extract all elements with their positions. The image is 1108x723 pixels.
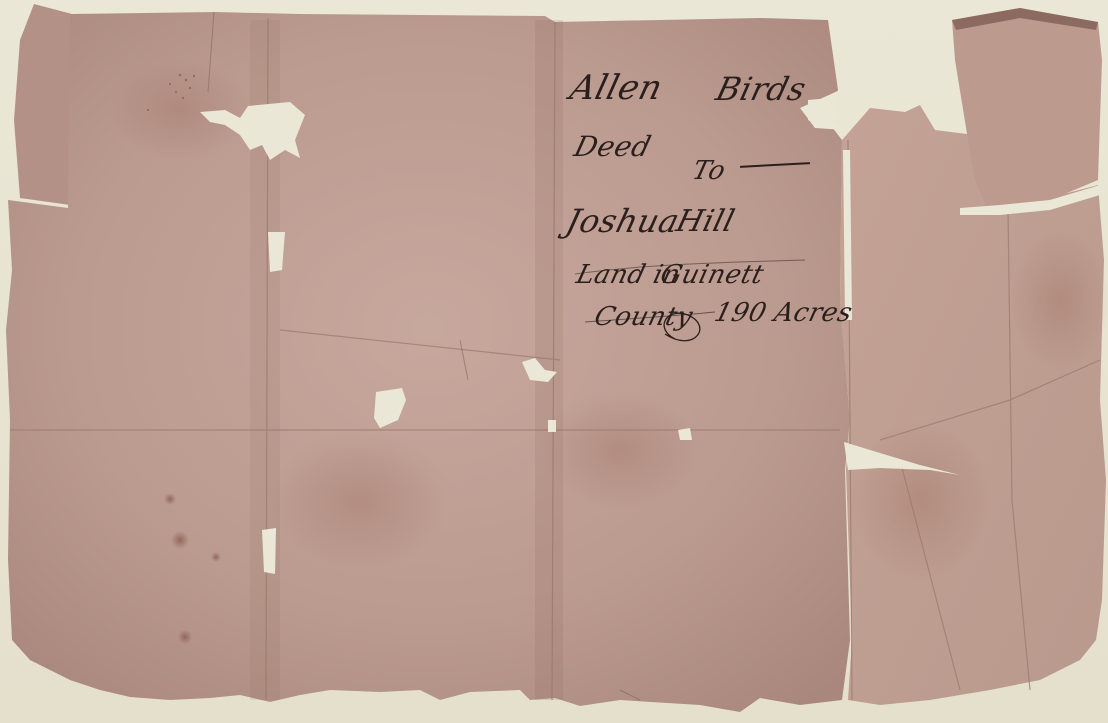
- grantor-last-name: Birds: [712, 70, 810, 108]
- grantee-first-name: Joshua: [562, 202, 683, 240]
- grantor-first-name: Allen: [566, 68, 667, 108]
- county-name: Guinett: [657, 260, 767, 290]
- to-underline: [740, 162, 810, 167]
- acreage: 190 Acres: [711, 298, 855, 328]
- to-word: To: [689, 156, 728, 186]
- grantee-last-name: Hill: [673, 204, 739, 239]
- county-label: County: [591, 302, 696, 332]
- deed-title: Deed: [571, 130, 655, 163]
- left-flap: [14, 4, 72, 205]
- deed-paper: [0, 0, 1108, 723]
- docket-inscription: Allen Birds Deed To Joshua Hill Land in …: [565, 64, 835, 364]
- right-lower-panel: [840, 105, 1106, 705]
- photo-background: Allen Birds Deed To Joshua Hill Land in …: [0, 0, 1108, 723]
